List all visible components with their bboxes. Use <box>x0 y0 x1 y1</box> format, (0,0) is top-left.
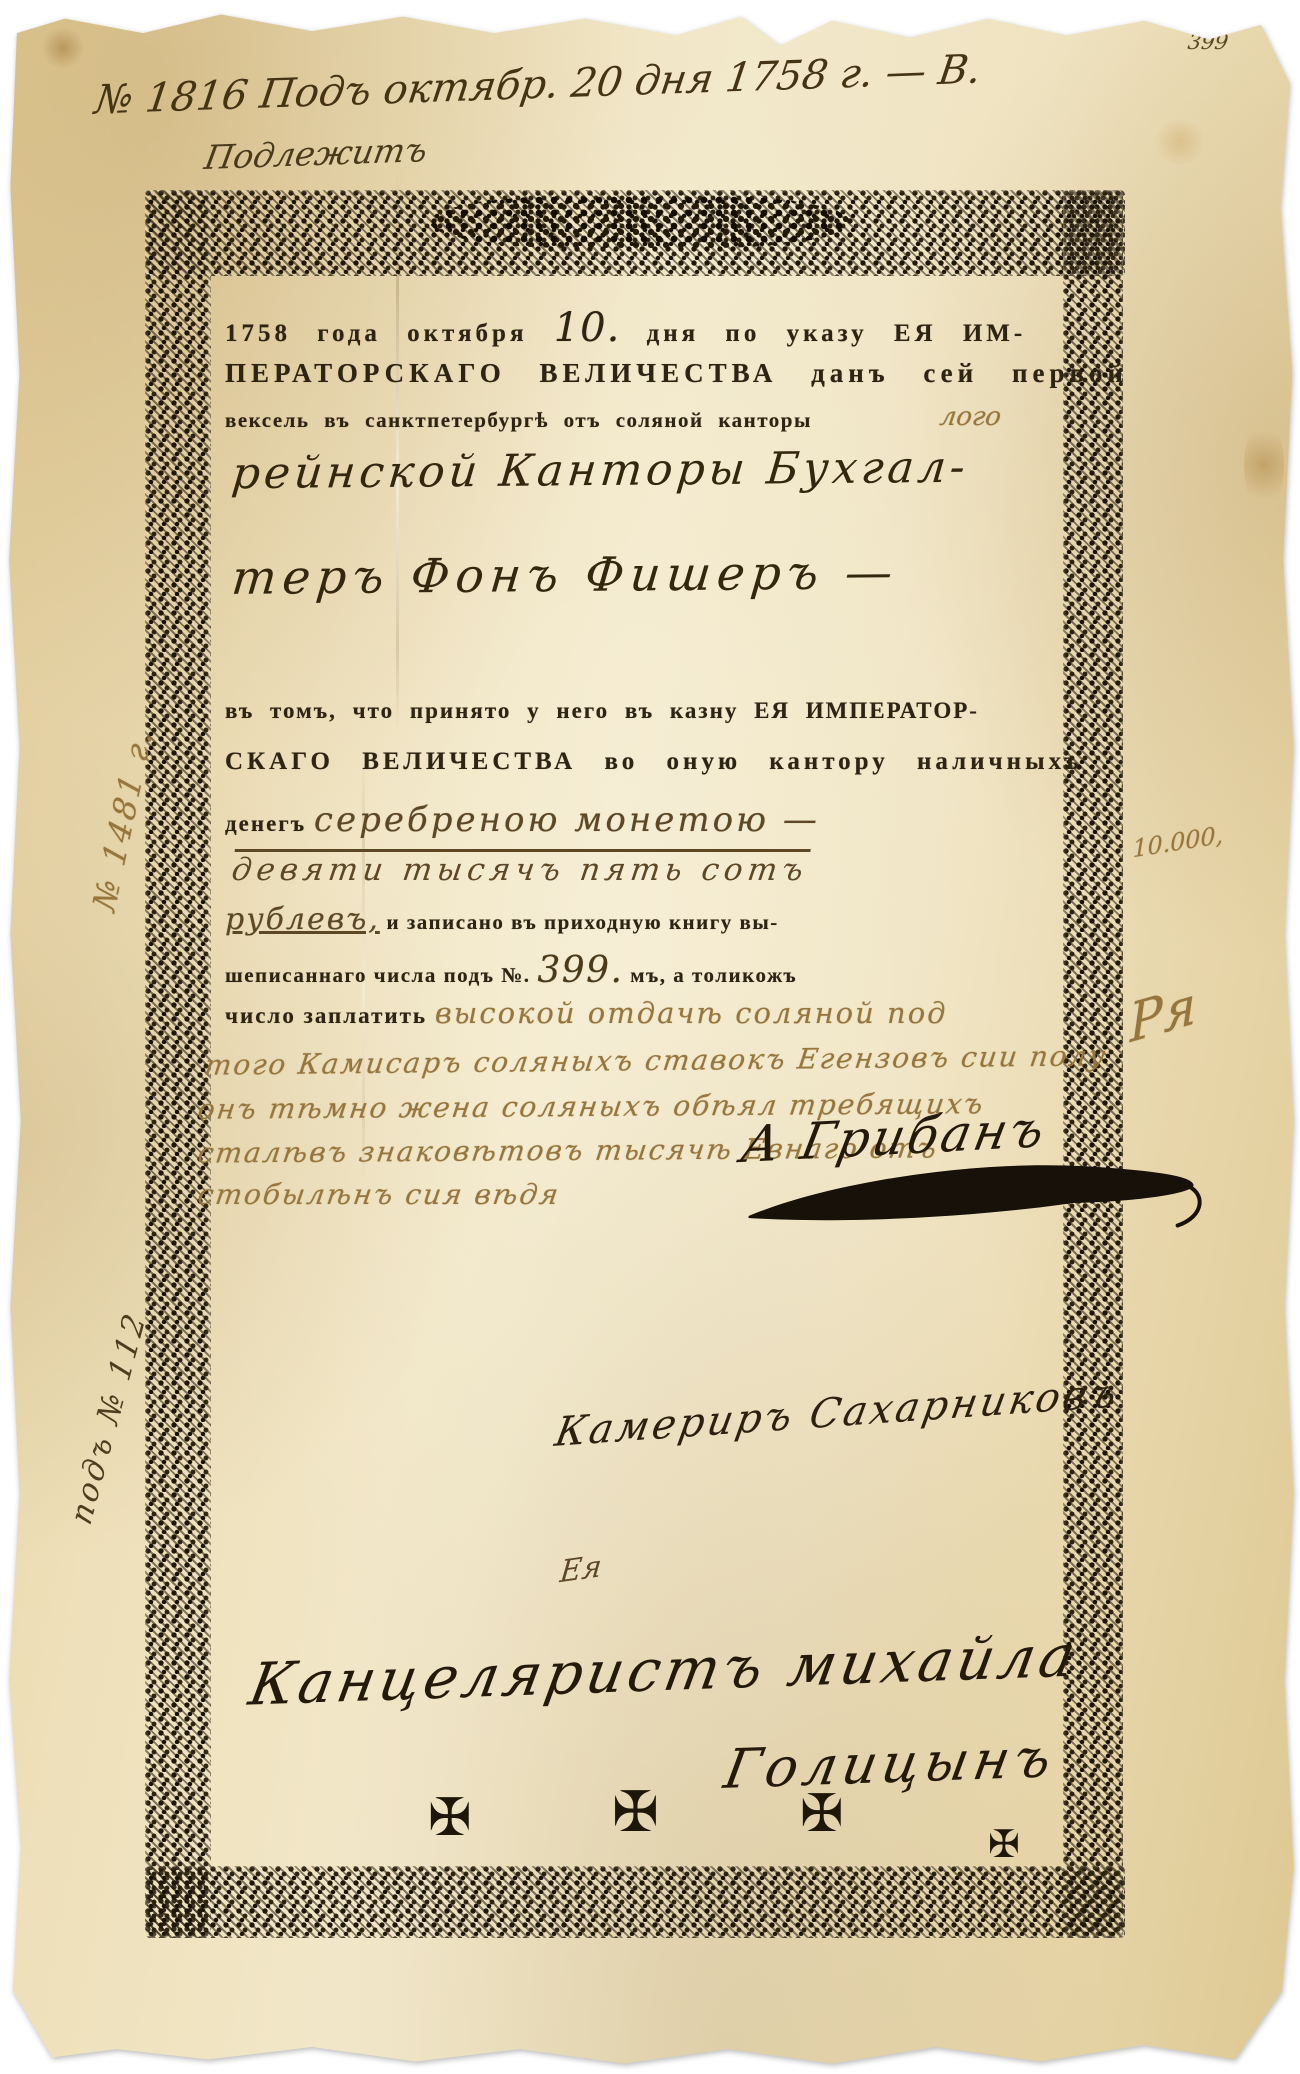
printed-received-line1: въ томъ, что принято у него въ казну ЕЯ … <box>225 698 979 724</box>
printed-received-line2: СКАГО ВЕЛИЧЕСТВА во оную кантору наличны… <box>225 748 1083 776</box>
printed-line3: вексель въ санктпетербургѣ отъ соляной к… <box>225 408 812 433</box>
scanned-document-page: ✠ ✠ ✠ ✠ № 1816 Подъ октябр. 20 дня 1758 … <box>0 0 1300 2074</box>
registry-annotation-line2: Подлежитъ <box>202 130 431 177</box>
printed-number-pre: шеписаннаго числа подъ №. <box>225 963 531 987</box>
printed-book-line: рублевъ, и записано въ приходную книгу в… <box>225 902 779 937</box>
clerk-signature-line2: Голицынъ <box>720 1726 1062 1801</box>
stain-right-edge <box>1244 420 1284 510</box>
camerir-signature: Камериръ Сахарниковъ <box>552 1370 1123 1456</box>
handwritten-payee-line1: рейнской Канторы Бухгал- <box>230 442 972 499</box>
corner-page-number: 399 <box>1186 30 1229 54</box>
cross-ornament-far-right: ✠ <box>988 1822 1020 1867</box>
printed-line2: ПЕРАТОРСКАГО ВЕЛИЧЕСТВА данъ сей первой <box>225 358 1128 389</box>
printed-date-line: 1758 года октября 10. дня по указу ЕЯ ИМ… <box>225 305 1026 351</box>
ornate-border-top-motif <box>430 196 850 248</box>
printed-number-line: шеписаннаго числа подъ №. 399. мъ, а тол… <box>225 950 797 991</box>
stain-top-left <box>40 28 86 68</box>
printed-pay-line: число заплатить высокой отдачѣ соляной п… <box>225 996 948 1030</box>
printed-date-pre: 1758 года октября <box>225 320 527 347</box>
printed-book-text: и записано въ приходную книгу вы- <box>387 910 779 934</box>
aged-paper: ✠ ✠ ✠ ✠ № 1816 Подъ октябр. 20 дня 1758 … <box>0 0 1300 2074</box>
printed-number-post: мъ, а толикожъ <box>630 963 797 987</box>
handwritten-after-kontory: лого <box>938 402 1003 432</box>
printed-pay-word: число заплатить <box>225 1003 427 1028</box>
cross-ornament-center: ✠ <box>612 1780 659 1845</box>
cursive-clause-line1: того Камисаръ соляныхъ ставокъ Егензовъ … <box>203 1039 1109 1081</box>
stain-top-right <box>1150 120 1210 164</box>
handwritten-day: 10. <box>554 305 621 351</box>
handwritten-sum: девяти тысячъ пять сотъ <box>229 852 810 888</box>
clerk-signature-line1: Канцеляристъ михайла <box>244 1621 1084 1718</box>
printed-money-word: денегъ <box>225 811 306 836</box>
handwritten-coin: серебреною монетою — <box>314 800 820 840</box>
cross-ornament-left: ✠ <box>428 1788 472 1848</box>
margin-left-lower-number: подъ № 112 <box>64 1307 154 1530</box>
handwritten-rubles: рублевъ, <box>225 902 380 937</box>
ornate-border-bottom <box>145 1866 1125 1938</box>
clerk-flourish: Ея <box>558 1549 603 1591</box>
printed-money-line: денегъ серебреною монетою — <box>225 800 820 840</box>
cursive-clause-line4: стобылѣнъ сия вѣдя <box>196 1178 563 1211</box>
margin-right-amount: 10.000, <box>1132 821 1223 864</box>
registry-annotation-line1: № 1816 Подъ октябр. 20 дня 1758 г. — В. <box>92 46 984 123</box>
handwritten-payee-line2: теръ Фонъ Фишеръ — <box>229 545 901 606</box>
ornate-border-left <box>145 190 211 1938</box>
printed-date-post: дня по указу ЕЯ ИМ- <box>647 320 1027 347</box>
handwritten-entry-number: 399. <box>537 950 623 991</box>
handwritten-pay-note: высокой отдачѣ соляной под <box>435 996 948 1030</box>
margin-right-paraph: Ря <box>1128 975 1197 1056</box>
paper-shadow-wrap: ✠ ✠ ✠ ✠ № 1816 Подъ октябр. 20 дня 1758 … <box>0 0 1300 2074</box>
